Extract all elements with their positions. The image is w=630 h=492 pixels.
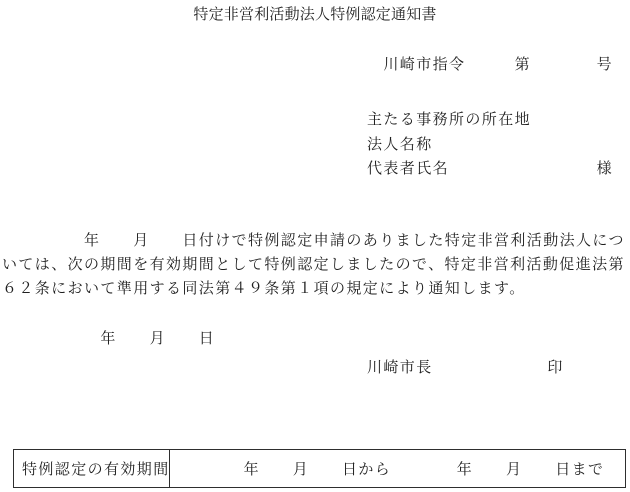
body-line-3: ６２条において準用する同法第４９条第１項の規定により通知します。 xyxy=(2,277,630,301)
document-title: 特定非営利活動法人特例認定通知書 xyxy=(0,3,630,24)
notification-document-page: 特定非営利活動法人特例認定通知書 川崎市指令 第 号 主たる事務所の所在地 法人… xyxy=(0,0,630,492)
recipient-corp-name-label: 法人名称 xyxy=(367,137,433,154)
directive-number-line: 川崎市指令 第 号 xyxy=(367,57,613,74)
validity-period-value-cell: 年 月 日から 年 月 日まで xyxy=(170,450,625,487)
validity-period-header-cell: 特例認定の有効期間 xyxy=(14,450,170,487)
recipient-address-label: 主たる事務所の所在地 xyxy=(367,112,531,129)
validity-period-table: 特例認定の有効期間 年 月 日から 年 月 日まで xyxy=(13,449,626,488)
body-line-1: 年 月 日付けで特例認定申請のありました特定非営利活動法人につ xyxy=(2,229,630,253)
body-line-2: いては、次の期間を有効期間として特例認定しましたので、特定非営利活動促進法第 xyxy=(2,253,630,277)
mayor-signature-seal-line: 川崎市長 印 xyxy=(367,360,564,377)
body-paragraph: 年 月 日付けで特例認定申請のありました特定非営利活動法人につ いては、次の期間… xyxy=(2,229,630,301)
recipient-representative-line: 代表者氏名 様 xyxy=(367,161,613,178)
issue-date-line: 年 月 日 xyxy=(2,331,215,348)
